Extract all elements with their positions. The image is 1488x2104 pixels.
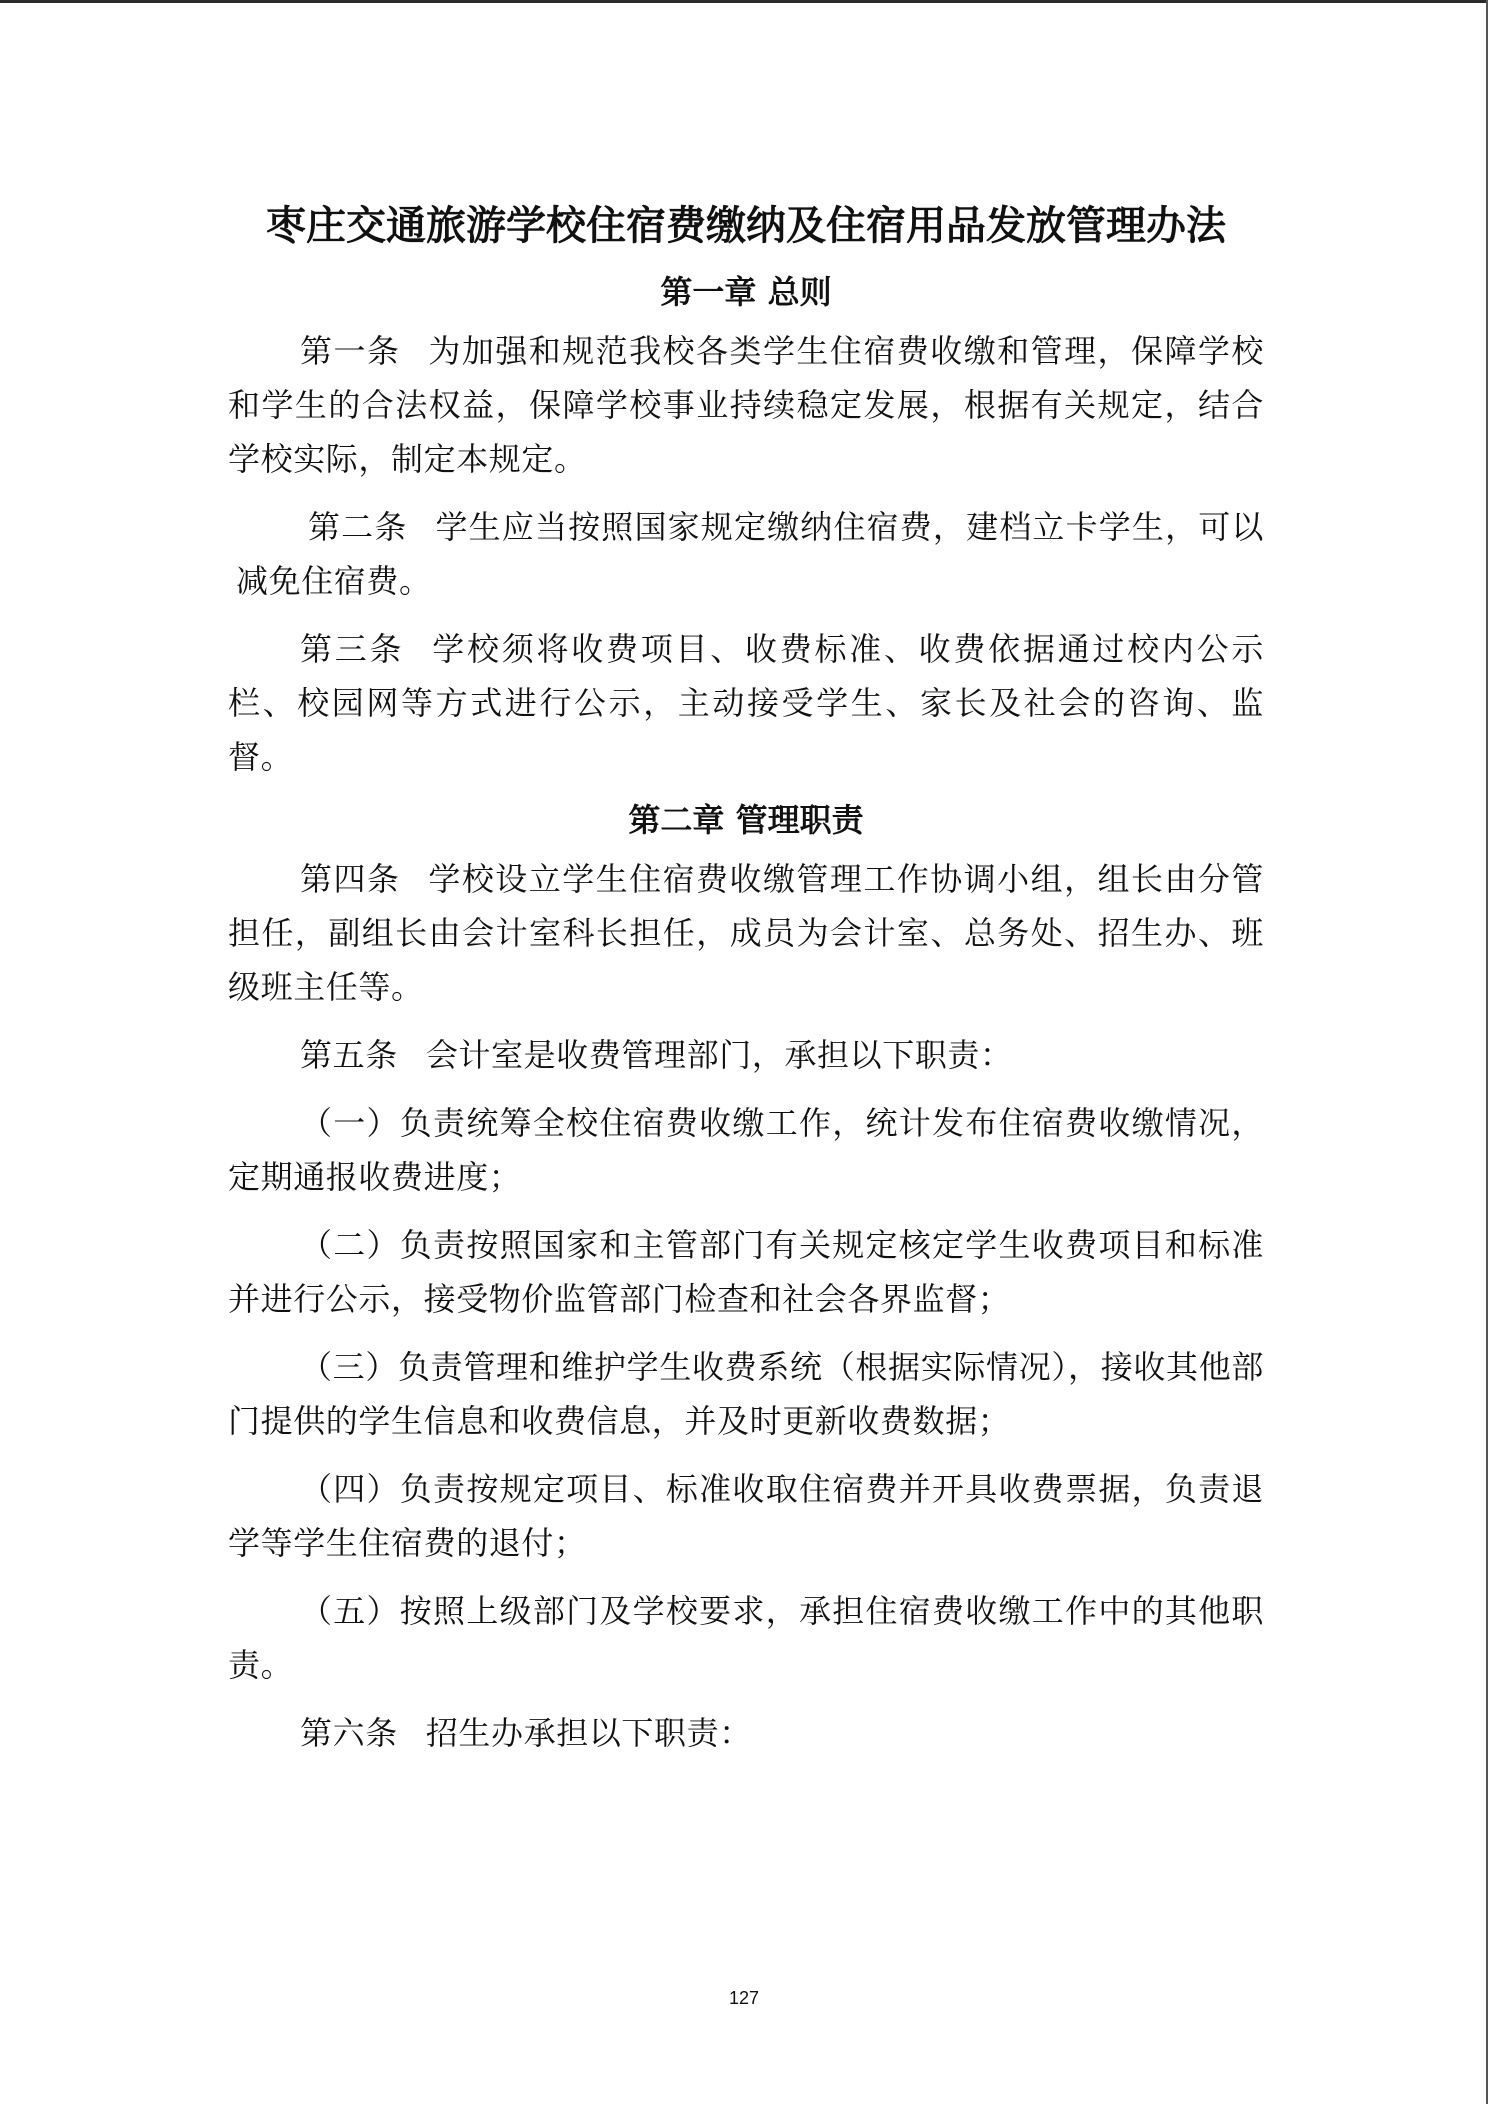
chapter-heading-2: 第二章 管理职责 — [228, 798, 1264, 842]
article-6: 第六条招生办承担以下职责： — [228, 1706, 1264, 1760]
article-4: 第四条学校设立学生住宿费收缴管理工作协调小组，组长由分管担任，副组长由会计室科长… — [228, 852, 1264, 1014]
article-text: 招生办承担以下职责： — [426, 1714, 752, 1752]
article-5-item-3: （三）负责管理和维护学生收费系统（根据实际情况），接收其他部门提供的学生信息和收… — [228, 1340, 1264, 1448]
article-text: 会计室是收费管理部门，承担以下职责： — [426, 1036, 1013, 1074]
document-page: 枣庄交通旅游学校住宿费缴纳及住宿用品发放管理办法 第一章 总则 第一条为加强和规… — [228, 190, 1264, 1774]
article-number: 第六条 — [300, 1714, 398, 1752]
article-number: 第三条 — [300, 630, 404, 668]
article-1: 第一条为加强和规范我校各类学生住宿费收缴和管理，保障学校和学生的合法权益，保障学… — [228, 324, 1264, 486]
article-number: 第一条 — [300, 332, 400, 370]
chapter-heading-1: 第一章 总则 — [228, 270, 1264, 314]
article-5-item-4: （四）负责按规定项目、标准收取住宿费并开具收费票据，负责退学等学生住宿费的退付； — [228, 1462, 1264, 1570]
article-5: 第五条会计室是收费管理部门，承担以下职责： — [228, 1028, 1264, 1082]
document-title: 枣庄交通旅游学校住宿费缴纳及住宿用品发放管理办法 — [228, 190, 1264, 262]
article-5-item-5: （五）按照上级部门及学校要求，承担住宿费收缴工作中的其他职责。 — [228, 1584, 1264, 1692]
top-border — [0, 0, 1488, 3]
article-number: 第二条 — [308, 508, 408, 546]
article-3: 第三条学校须将收费项目、收费标准、收费依据通过校内公示栏、校园网等方式进行公示，… — [228, 622, 1264, 784]
page-number: 127 — [0, 1988, 1488, 2009]
article-5-item-2: （二）负责按照国家和主管部门有关规定核定学生收费项目和标准并进行公示，接受物价监… — [228, 1218, 1264, 1326]
article-number: 第四条 — [300, 860, 400, 898]
article-2: 第二条学生应当按照国家规定缴纳住宿费，建档立卡学生，可以减免住宿费。 — [228, 500, 1264, 608]
article-number: 第五条 — [300, 1036, 398, 1074]
article-5-item-1: （一）负责统筹全校住宿费收缴工作，统计发布住宿费收缴情况，定期通报收费进度； — [228, 1096, 1264, 1204]
